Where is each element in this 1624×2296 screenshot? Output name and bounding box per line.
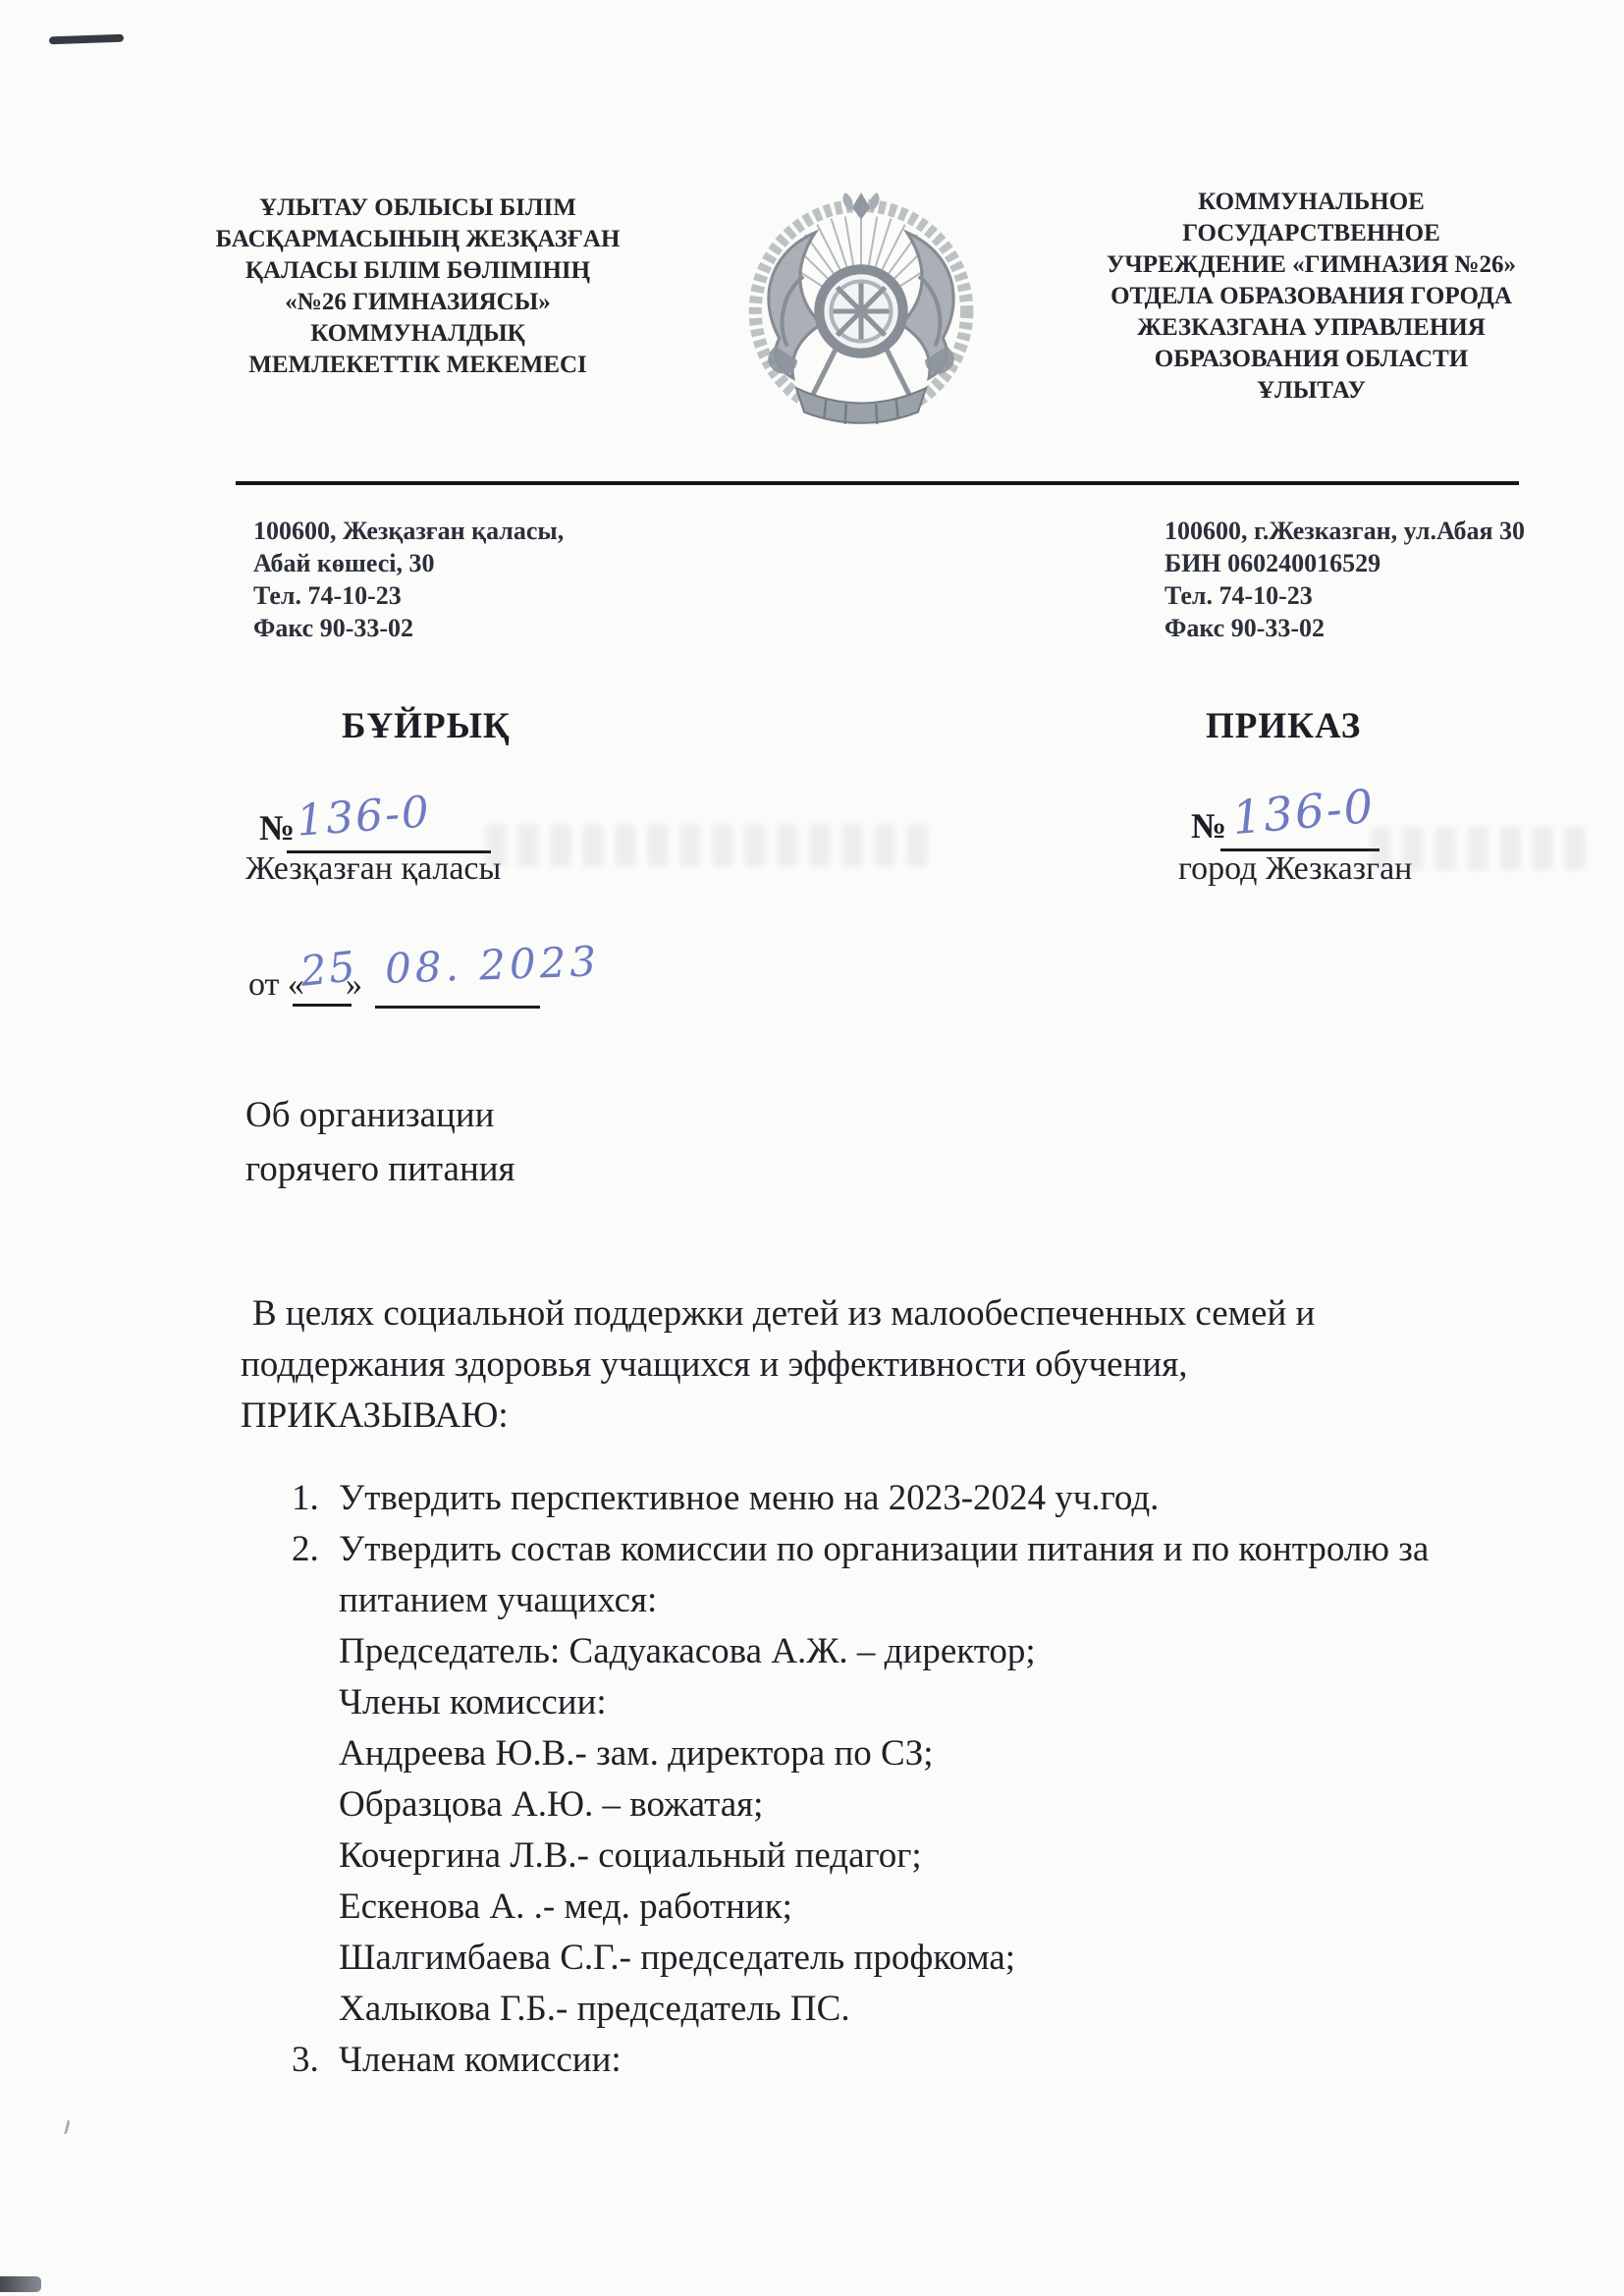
date-monthyear-handwritten: 08. 2023 [384,937,601,993]
scan-artifact-corner-smudge [0,2276,41,2292]
order-item-text: Утвердить перспективное меню на 2023-202… [339,1478,1159,1518]
order-number-handwritten-ru: 136-0 [1230,780,1378,846]
bleed-through-artifact [486,825,933,866]
order-item: 1. Утвердить перспективное меню на 2023-… [241,1473,1546,1524]
date-underline-day [293,1004,352,1007]
order-number-handwritten-kk: 136-0 [295,787,432,846]
order-item-number: 3. [292,2035,319,2086]
order-item-number: 1. [292,1473,319,1524]
contact-info-kazakh: 100600, Жезқазған қаласы, Абай көшесі, 3… [253,515,564,644]
order-intro-paragraph: В целях социальной поддержки детей из ма… [241,1288,1537,1442]
order-title-kazakh: БҰЙРЫҚ [342,705,511,747]
org-name-russian: КОММУНАЛЬНОЕ ГОСУДАРСТВЕННОЕ УЧРЕЖДЕНИЕ … [1088,187,1535,407]
org-name-kazakh: ҰЛЫТАУ ОБЛЫСЫ БІЛІМ БАСҚАРМАСЫНЫҢ ЖЕЗҚАЗ… [199,192,636,381]
order-item-text: Членам комиссии: [339,2040,622,2080]
header-divider-line [236,481,1519,485]
order-items-list: 1. Утвердить перспективное меню на 2023-… [241,1473,1546,2086]
order-item: 2. Утвердить состав комиссии по организа… [241,1524,1546,1626]
order-item: 3. Членам комиссии: [241,2035,1546,2086]
scanned-order-page: ҰЛЫТАУ ОБЛЫСЫ БІЛІМ БАСҚАРМАСЫНЫҢ ЖЕЗҚАЗ… [0,0,1624,2296]
order-place-kazakh: Жезқазған қаласы [245,850,501,888]
kazakhstan-coat-of-arms-icon [741,187,981,436]
scan-artifact-dash [49,34,124,45]
date-underline-monthyear [375,1006,540,1009]
order-title-russian: ПРИКАЗ [1206,705,1361,747]
order-subject: Об организации горячего питания [245,1088,515,1196]
bleed-through-artifact [1371,827,1595,870]
commission-members-list: Председатель: Садуакасова А.Ж. – директо… [241,1626,1546,2035]
contact-info-russian: 100600, г.Жезказган, ул.Абая 30 БИН 0602… [1164,515,1525,644]
date-close-quote: » [346,966,362,1004]
order-number-label-kk: № [259,807,295,848]
order-item-text: Утвердить состав комиссии по организации… [339,1529,1429,1620]
scan-artifact-mark [59,2118,70,2134]
order-item-number: 2. [292,1524,319,1575]
date-prefix: от « [248,966,304,1004]
order-number-label-ru: № [1191,805,1226,847]
